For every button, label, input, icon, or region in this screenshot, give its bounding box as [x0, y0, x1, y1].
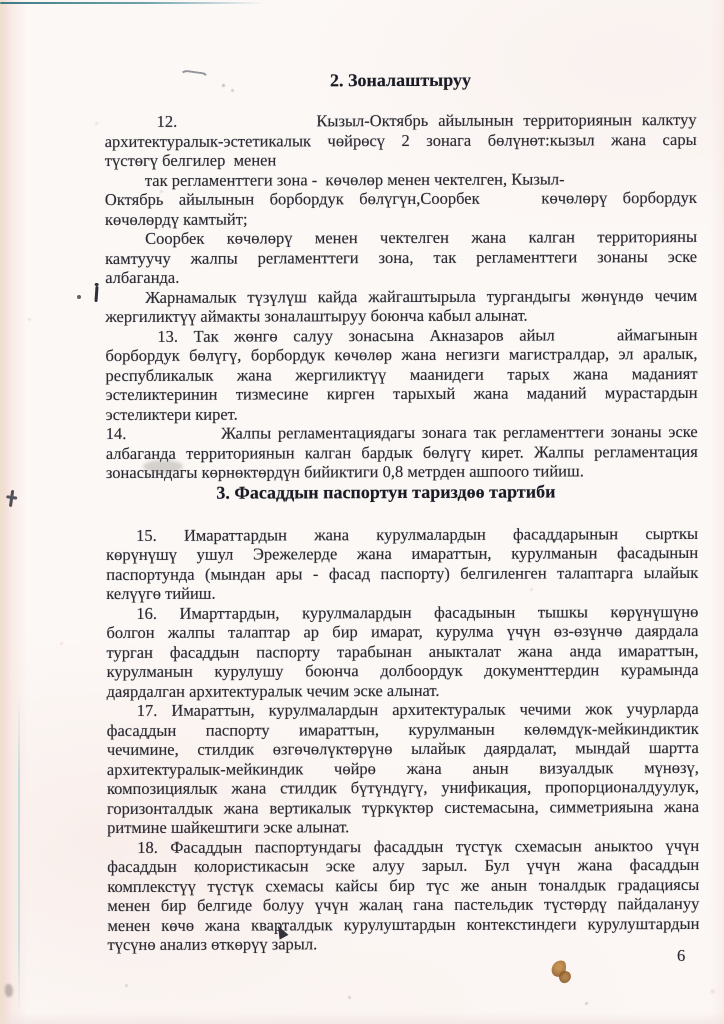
text-line: 16. Имарттардын, курулмалардын фасадынын…: [106, 601, 698, 623]
paper-specks: [0, 0, 3, 3]
text-line: менен көчө жана кварталдык курулуштардын…: [107, 913, 699, 935]
brown-stain: [550, 960, 574, 986]
ink-stroke-horizontal: [6, 495, 17, 500]
text-line: так регламенттеги зона - көчөлөр менен ч…: [105, 168, 697, 190]
text-line: келүүгө тийиш.: [106, 582, 698, 604]
paragraph: 14. Жалпы регламентациядагы зонага так р…: [106, 422, 698, 483]
section-heading: 3. Фасаддын паспортун тариздөө тартиби: [90, 481, 682, 503]
text-line: борбордук бөлүгү, борбордук көчөлөр жана…: [105, 344, 697, 366]
scan-edge-right: [710, 0, 724, 1024]
text-line: паспортунда (мындан ары - фасад паспорту…: [106, 562, 698, 584]
text-line: композициялык жана стилдик бүтүндүгү, ун…: [107, 777, 699, 799]
scanner-line-top: [0, 2, 265, 4]
scan-edge-left: [0, 0, 28, 1024]
text-line: көрүнүшү ушул Эрежелерде жана имараттын,…: [106, 543, 698, 565]
text-line: республикалык жана жергиликтүү маанидеги…: [105, 363, 697, 385]
text-line: турган фасаддын паспорту тарабынан аныкт…: [106, 640, 698, 662]
ink-stroke: [94, 286, 98, 302]
text-line: 14. Жалпы регламентациядагы зонага так р…: [106, 422, 698, 444]
ink-mark-left-margin: [77, 286, 101, 304]
text-line: 13. Так жөнгө салуу зонасына Акназаров а…: [105, 324, 697, 346]
text-block: 2. Зоналаштыруу12. Кызыл-Октябрь айылыны…: [104, 69, 699, 955]
text-line: албаганда территориянын калган бардык бө…: [106, 441, 698, 463]
text-line: Октябрь айылынын борбордук бөлүгүн,Соорб…: [105, 188, 697, 210]
text-line: түсүнө анализ өткөрүү зарыл.: [107, 933, 699, 955]
gray-smudge: [143, 460, 183, 473]
text-line: ритмине шайкештиги эске алынат.: [107, 816, 699, 838]
text-line: жергиликтүү аймакты зоналаштыруу боюнча …: [105, 305, 697, 327]
bottom-left-mark: [5, 984, 13, 997]
text-line: чечимине, стилдик өзгөчөлүктөрүнө ылайык…: [107, 738, 699, 760]
text-line: болгон жалпы талаптар ар бир имарат, кур…: [106, 621, 698, 643]
text-line: көчөлөрдү камтыйт;: [105, 207, 697, 229]
text-line: горизонталдык жана вертикалык түркүктөр …: [107, 796, 699, 818]
text-line: албаганда.: [105, 266, 697, 288]
text-line: архитектуралык-эстетикалык чөйрөсү 2 зон…: [105, 129, 697, 151]
ink-dot: [77, 295, 81, 299]
text-line: Соорбек көчөлөрү менен чектелген жана ка…: [105, 227, 697, 249]
text-line: 15. Имараттардын жана курулмалардын фаса…: [106, 523, 698, 545]
text-line: камтуучу жалпы регламенттеги зона, так р…: [105, 246, 697, 268]
text-line: архитектуралык-мейкиндик чөйрө жана анын…: [107, 757, 699, 779]
paragraph: 13. Так жөнгө салуу зонасына Акназаров а…: [105, 324, 697, 424]
text-line: комплекстүү түстүк схемасы кайсы бир түс…: [107, 874, 699, 896]
page-number: 6: [677, 946, 685, 966]
text-line: фасаддын колористикасын эске алуу зарыл.…: [107, 855, 699, 877]
text-line: эстеликтери кирет.: [106, 402, 698, 424]
text-line: курулманын курулушу боюнча долбоордук до…: [107, 660, 699, 682]
ink-mark-far-left: [4, 489, 20, 509]
text-line: фасаддын паспорту имараттын, курулманын …: [107, 718, 699, 740]
paragraph: 12. Кызыл-Октябрь айылынын территориянын…: [105, 110, 698, 327]
text-line: 12. Кызыл-Октябрь айылынын территориянын…: [105, 110, 697, 132]
scanned-document-page: 2. Зоналаштыруу12. Кызыл-Октябрь айылыны…: [0, 0, 724, 1024]
text-line: даярдалган архитектуралык чечим эске алы…: [107, 679, 699, 701]
text-line: 18. Фасаддын паспортундагы фасаддын түст…: [107, 835, 699, 857]
scan-edge-bottom: [0, 1012, 724, 1024]
text-line: эстеликтеринин тизмесине кирген тарыхый …: [106, 383, 698, 405]
paragraph: 15. Имараттардын жана курулмалардын фаса…: [106, 523, 698, 603]
text-line: зонасындагы көрнөктөрдүн бийиктиги 0,8 м…: [106, 461, 698, 483]
text-line: менен бир белгиде болуу үчүн жалаң гана …: [107, 894, 699, 916]
paragraph: 18. Фасаддын паспортундагы фасаддын түст…: [107, 835, 699, 954]
paragraph: 16. Имарттардын, курулмалардын фасадынын…: [106, 601, 698, 701]
text-line: 17. Имараттын, курулмалардын архитектура…: [107, 699, 699, 721]
stain-blob: [558, 970, 572, 984]
paragraph: 17. Имараттын, курулмалардын архитектура…: [107, 699, 699, 838]
text-line: түстөгү белгилер менен: [105, 149, 697, 171]
scanner-line-left: [18, 695, 20, 1015]
text-line: Жарнамалык түзүлүш кайда жайгаштырыла ту…: [105, 285, 697, 307]
